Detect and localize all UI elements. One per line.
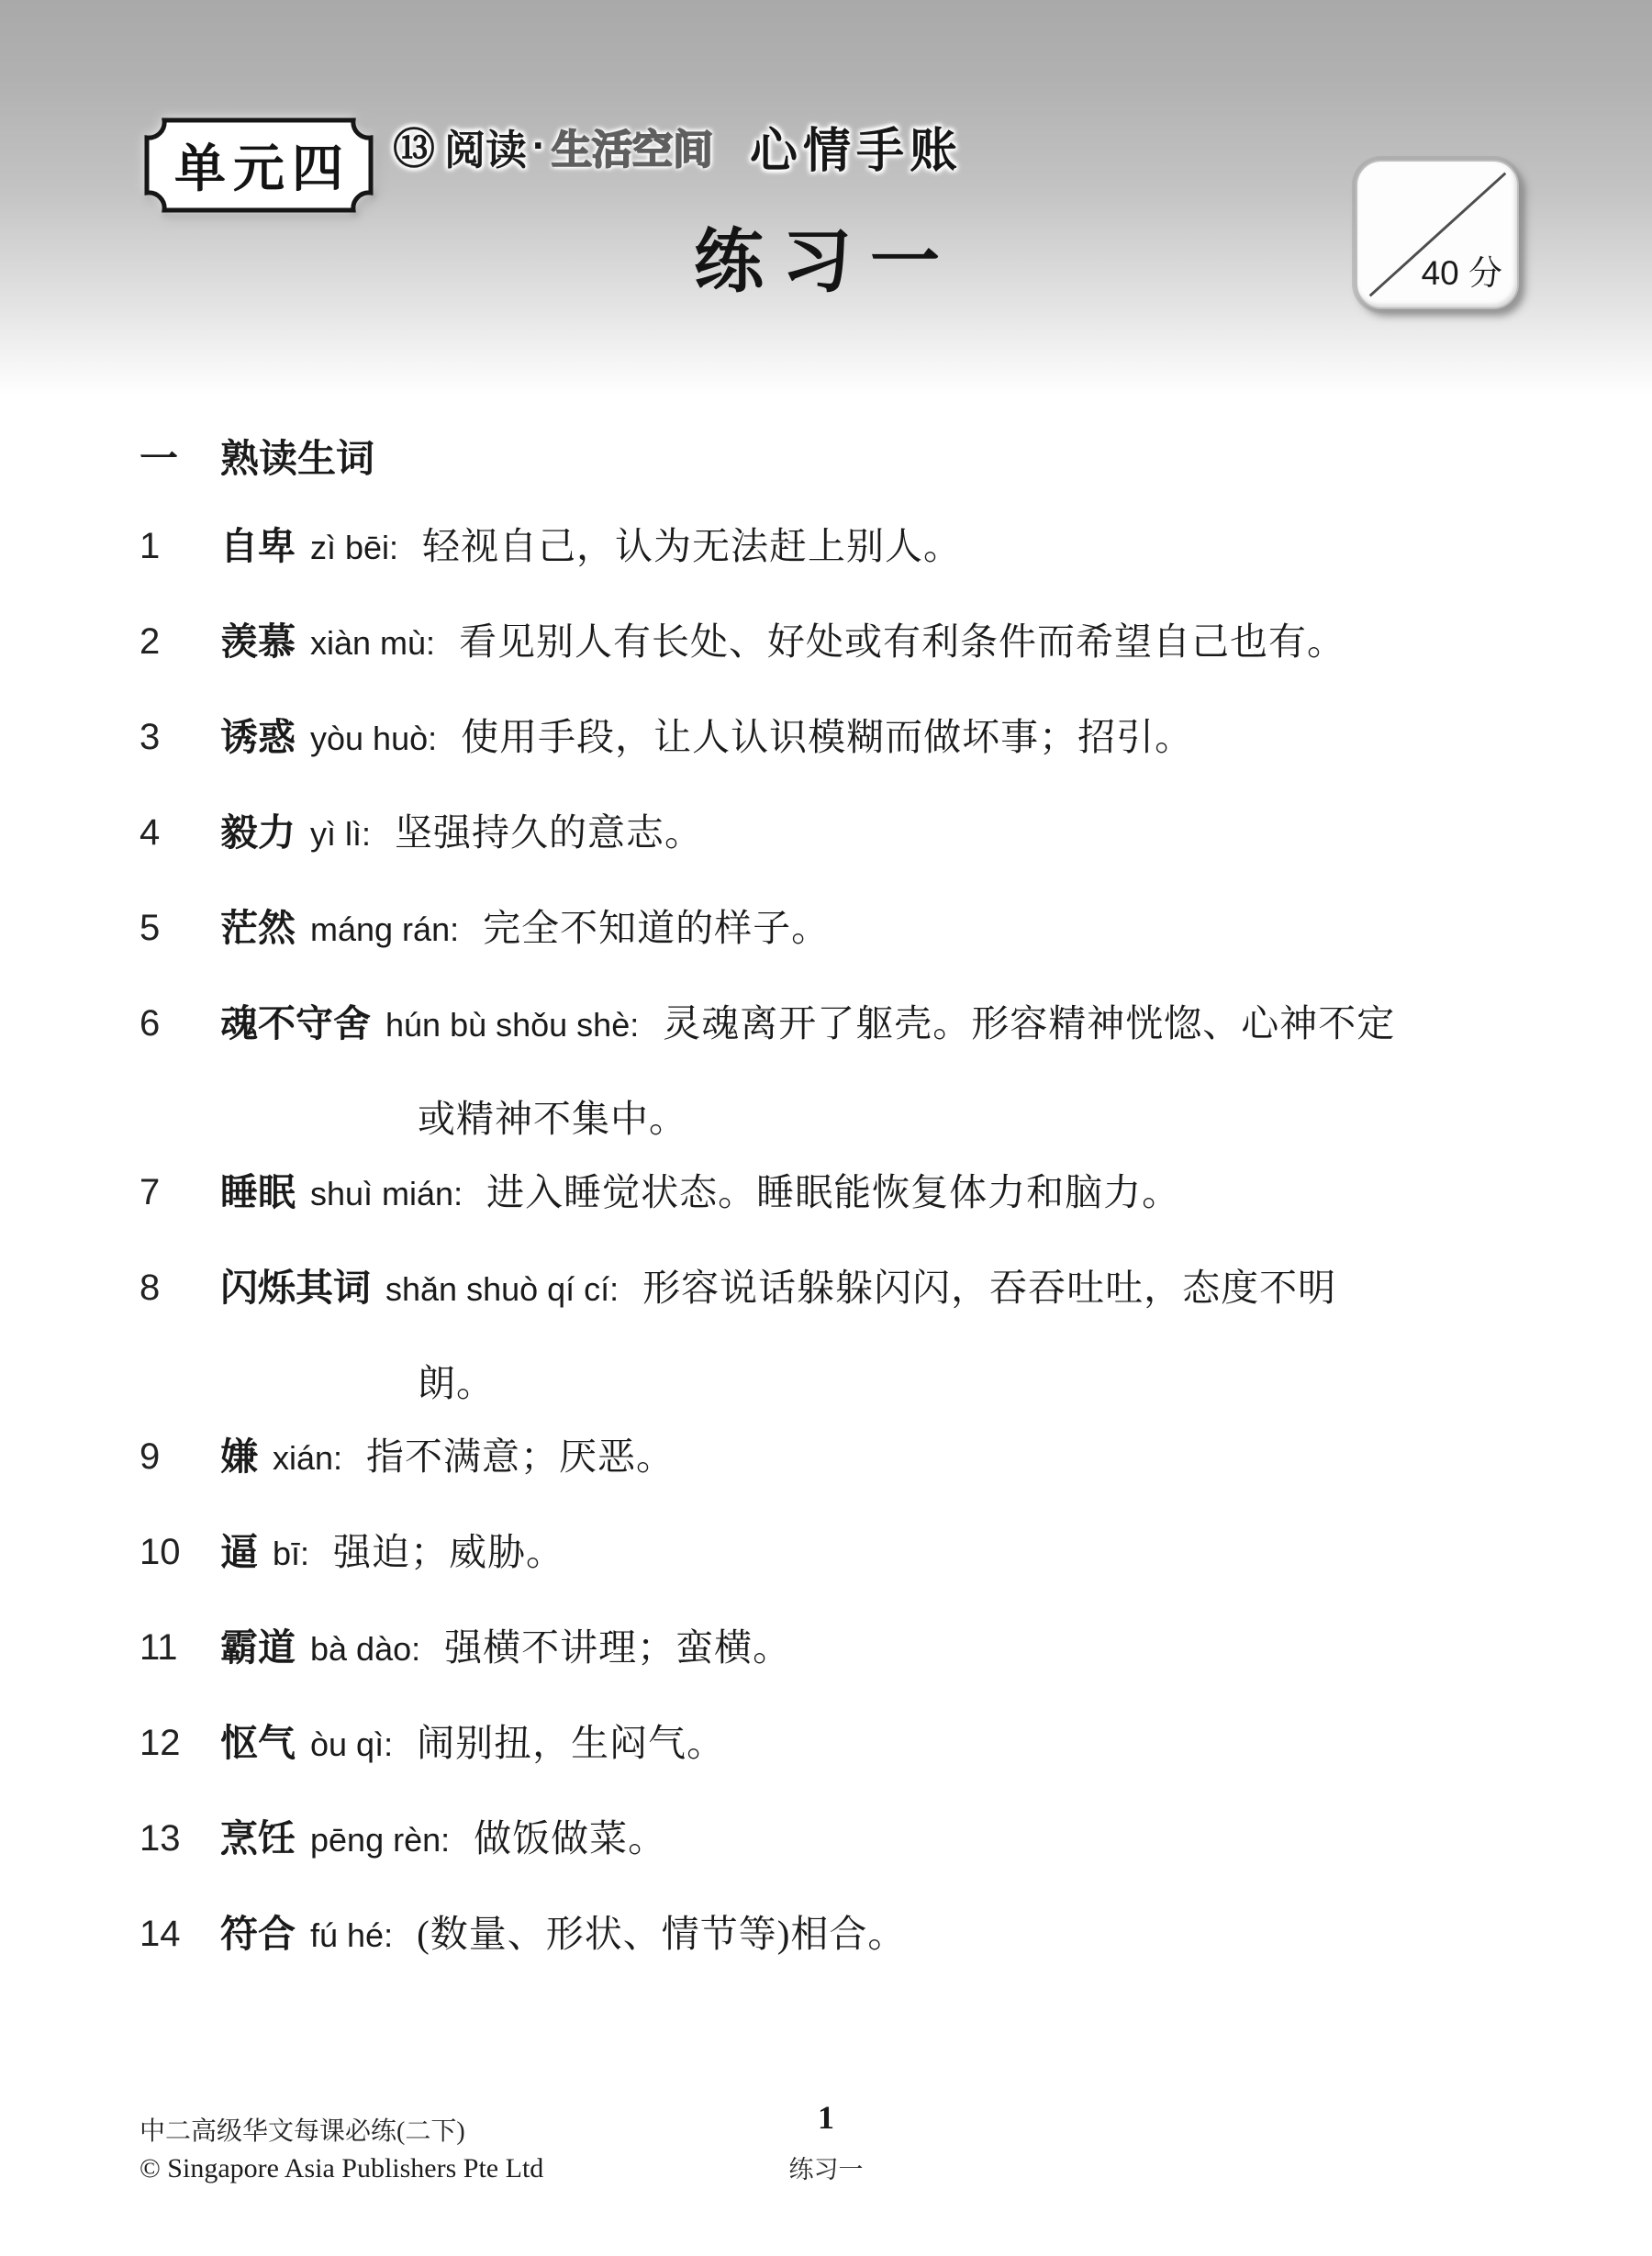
vocab-number: 3	[140, 717, 220, 759]
score-box: 40 分	[1356, 160, 1519, 309]
vocab-number: 13	[140, 1818, 220, 1860]
vocab-number: 1	[140, 526, 220, 568]
vocab-definition: 坚强持久的意志。	[395, 811, 703, 854]
vocab-definition: 强横不讲理；蛮横。	[444, 1626, 791, 1669]
vocab-row: 2 羡慕xiàn mù:看见别人有长处、好处或有利条件而希望自己也有。	[140, 621, 1571, 664]
unit-label: 单元四	[142, 116, 375, 215]
vocab-row: 5 茫然máng rán:完全不知道的样子。	[140, 908, 1571, 950]
vocab-number: 12	[140, 1723, 220, 1765]
vocab-number: 4	[140, 812, 220, 854]
vocab-number: 5	[140, 908, 220, 950]
vocab-pinyin: hún bù shǒu shè:	[385, 1006, 639, 1044]
vocab-pinyin: zì bēi:	[310, 529, 398, 566]
vocab-term: 茫然	[220, 907, 296, 949]
lesson-theme: 生活空间	[552, 117, 713, 175]
vocab-pinyin: shuì mián:	[310, 1175, 463, 1212]
vocab-pinyin: xiàn mù:	[310, 624, 435, 662]
vocab-pinyin: pēng rèn:	[310, 1821, 450, 1859]
vocab-number: 6	[140, 1003, 220, 1139]
vocab-definition-line2: 或精神不集中。	[220, 1099, 1395, 1139]
vocab-term: 逼	[220, 1531, 258, 1573]
lesson-number-badge: ⑬	[393, 116, 435, 176]
vocab-pinyin: xián:	[273, 1439, 342, 1477]
vocab-row: 14 符合fú hé:(数量、形状、情节等)相合。	[140, 1914, 1571, 1956]
vocab-number: 14	[140, 1914, 220, 1956]
footer-exercise-label: 练习一	[0, 2150, 1652, 2185]
vocab-definition: 使用手段，让人认识模糊而做坏事；招引。	[461, 716, 1193, 758]
section-title: 熟读生词	[220, 439, 374, 479]
vocab-definition: 完全不知道的样子。	[483, 907, 830, 949]
vocab-row: 4 毅力yì lì:坚强持久的意志。	[140, 812, 1571, 854]
vocab-definition: (数量、形状、情节等)相合。	[417, 1913, 906, 1955]
vocab-pinyin: shǎn shuò qí cí:	[385, 1270, 619, 1308]
vocab-term: 魂不守舍	[220, 1002, 371, 1044]
unit-plaque: 单元四	[142, 116, 375, 215]
vocab-pinyin: máng rán:	[310, 910, 459, 948]
vocab-term: 怄气	[220, 1722, 296, 1764]
vocab-row: 10 逼bī:强迫；威胁。	[140, 1532, 1571, 1574]
vocab-definition: 灵魂离开了躯壳。形容精神恍惚、心神不定	[663, 1002, 1395, 1044]
vocab-number: 2	[140, 621, 220, 664]
vocab-row: 12 怄气òu qì:闹别扭，生闷气。	[140, 1723, 1571, 1765]
vocab-number: 7	[140, 1172, 220, 1214]
vocab-number: 10	[140, 1532, 220, 1574]
vocab-definition: 轻视自己，认为无法赶上别人。	[422, 525, 962, 567]
vocab-definition-line2: 朗。	[220, 1363, 1336, 1403]
vocab-definition: 闹别扭，生闷气。	[417, 1722, 725, 1764]
vocab-pinyin: bī:	[273, 1535, 309, 1572]
vocab-definition: 做饭做菜。	[474, 1817, 666, 1860]
lesson-name: 心情手账	[750, 112, 963, 181]
section-heading: 一 熟读生词	[140, 439, 1571, 479]
vocab-term: 符合	[220, 1913, 296, 1955]
vocab-number: 9	[140, 1436, 220, 1479]
vocab-row: 7 睡眠shuì mián:进入睡觉状态。睡眠能恢复体力和脑力。	[140, 1172, 1571, 1214]
lesson-category: 阅读	[444, 117, 527, 176]
footer-page-number: 1	[0, 2098, 1652, 2137]
lesson-tagline: ⑬ 阅读 · 生活空间 心情手账	[393, 116, 963, 176]
vocab-definition: 形容说话躲躲闪闪，吞吞吐吐，态度不明	[642, 1267, 1336, 1309]
vocab-row: 1 自卑zì bēi:轻视自己，认为无法赶上别人。	[140, 526, 1571, 568]
vocab-row: 6 魂不守舍hún bù shǒu shè:灵魂离开了躯壳。形容精神恍惚、心神不…	[140, 1003, 1571, 1139]
dot-separator: ·	[532, 122, 546, 170]
vocab-pinyin: fú hé:	[310, 1916, 393, 1954]
section-number: 一	[140, 439, 220, 479]
vocab-definition: 强迫；威胁。	[333, 1531, 564, 1573]
vocab-row: 13 烹饪pēng rèn:做饭做菜。	[140, 1818, 1571, 1860]
vocab-pinyin: òu qì:	[310, 1726, 393, 1763]
vocab-row: 8 闪烁其词shǎn shuò qí cí:形容说话躲躲闪闪，吞吞吐吐，态度不明…	[140, 1268, 1571, 1403]
vocab-term: 霸道	[220, 1626, 296, 1669]
vocab-term: 毅力	[220, 811, 296, 854]
vocab-term: 烹饪	[220, 1817, 296, 1860]
vocab-term: 闪烁其词	[220, 1267, 371, 1309]
vocab-row: 3 诱惑yòu huò:使用手段，让人认识模糊而做坏事；招引。	[140, 717, 1571, 759]
vocab-row: 11 霸道bà dào:强横不讲理；蛮横。	[140, 1627, 1571, 1670]
vocab-term: 羡慕	[220, 620, 296, 663]
vocab-row: 9 嫌xián:指不满意；厌恶。	[140, 1436, 1571, 1479]
score-value: 40 分	[1422, 245, 1502, 295]
vocab-definition: 指不满意；厌恶。	[366, 1435, 675, 1478]
vocab-pinyin: yòu huò:	[310, 720, 437, 757]
workbook-page: 单元四 ⑬ 阅读 · 生活空间 心情手账 练习一 40 分 一 熟读生词 1 自…	[0, 0, 1652, 2256]
vocab-term: 嫌	[220, 1435, 258, 1478]
vocab-number: 11	[140, 1627, 220, 1670]
vocab-number: 8	[140, 1268, 220, 1403]
vocab-pinyin: yì lì:	[310, 815, 371, 853]
vocab-term: 睡眠	[220, 1171, 296, 1213]
vocab-pinyin: bà dào:	[310, 1630, 420, 1668]
vocab-term: 诱惑	[220, 716, 296, 758]
vocab-definition: 进入睡觉状态。睡眠能恢复体力和脑力。	[486, 1171, 1180, 1213]
vocabulary-section: 一 熟读生词 1 自卑zì bēi:轻视自己，认为无法赶上别人。 2 羡慕xià…	[140, 439, 1571, 2009]
footer-center: 1 练习一	[0, 2098, 1652, 2185]
vocab-term: 自卑	[220, 525, 296, 567]
vocab-definition: 看见别人有长处、好处或有利条件而希望自己也有。	[459, 620, 1345, 663]
